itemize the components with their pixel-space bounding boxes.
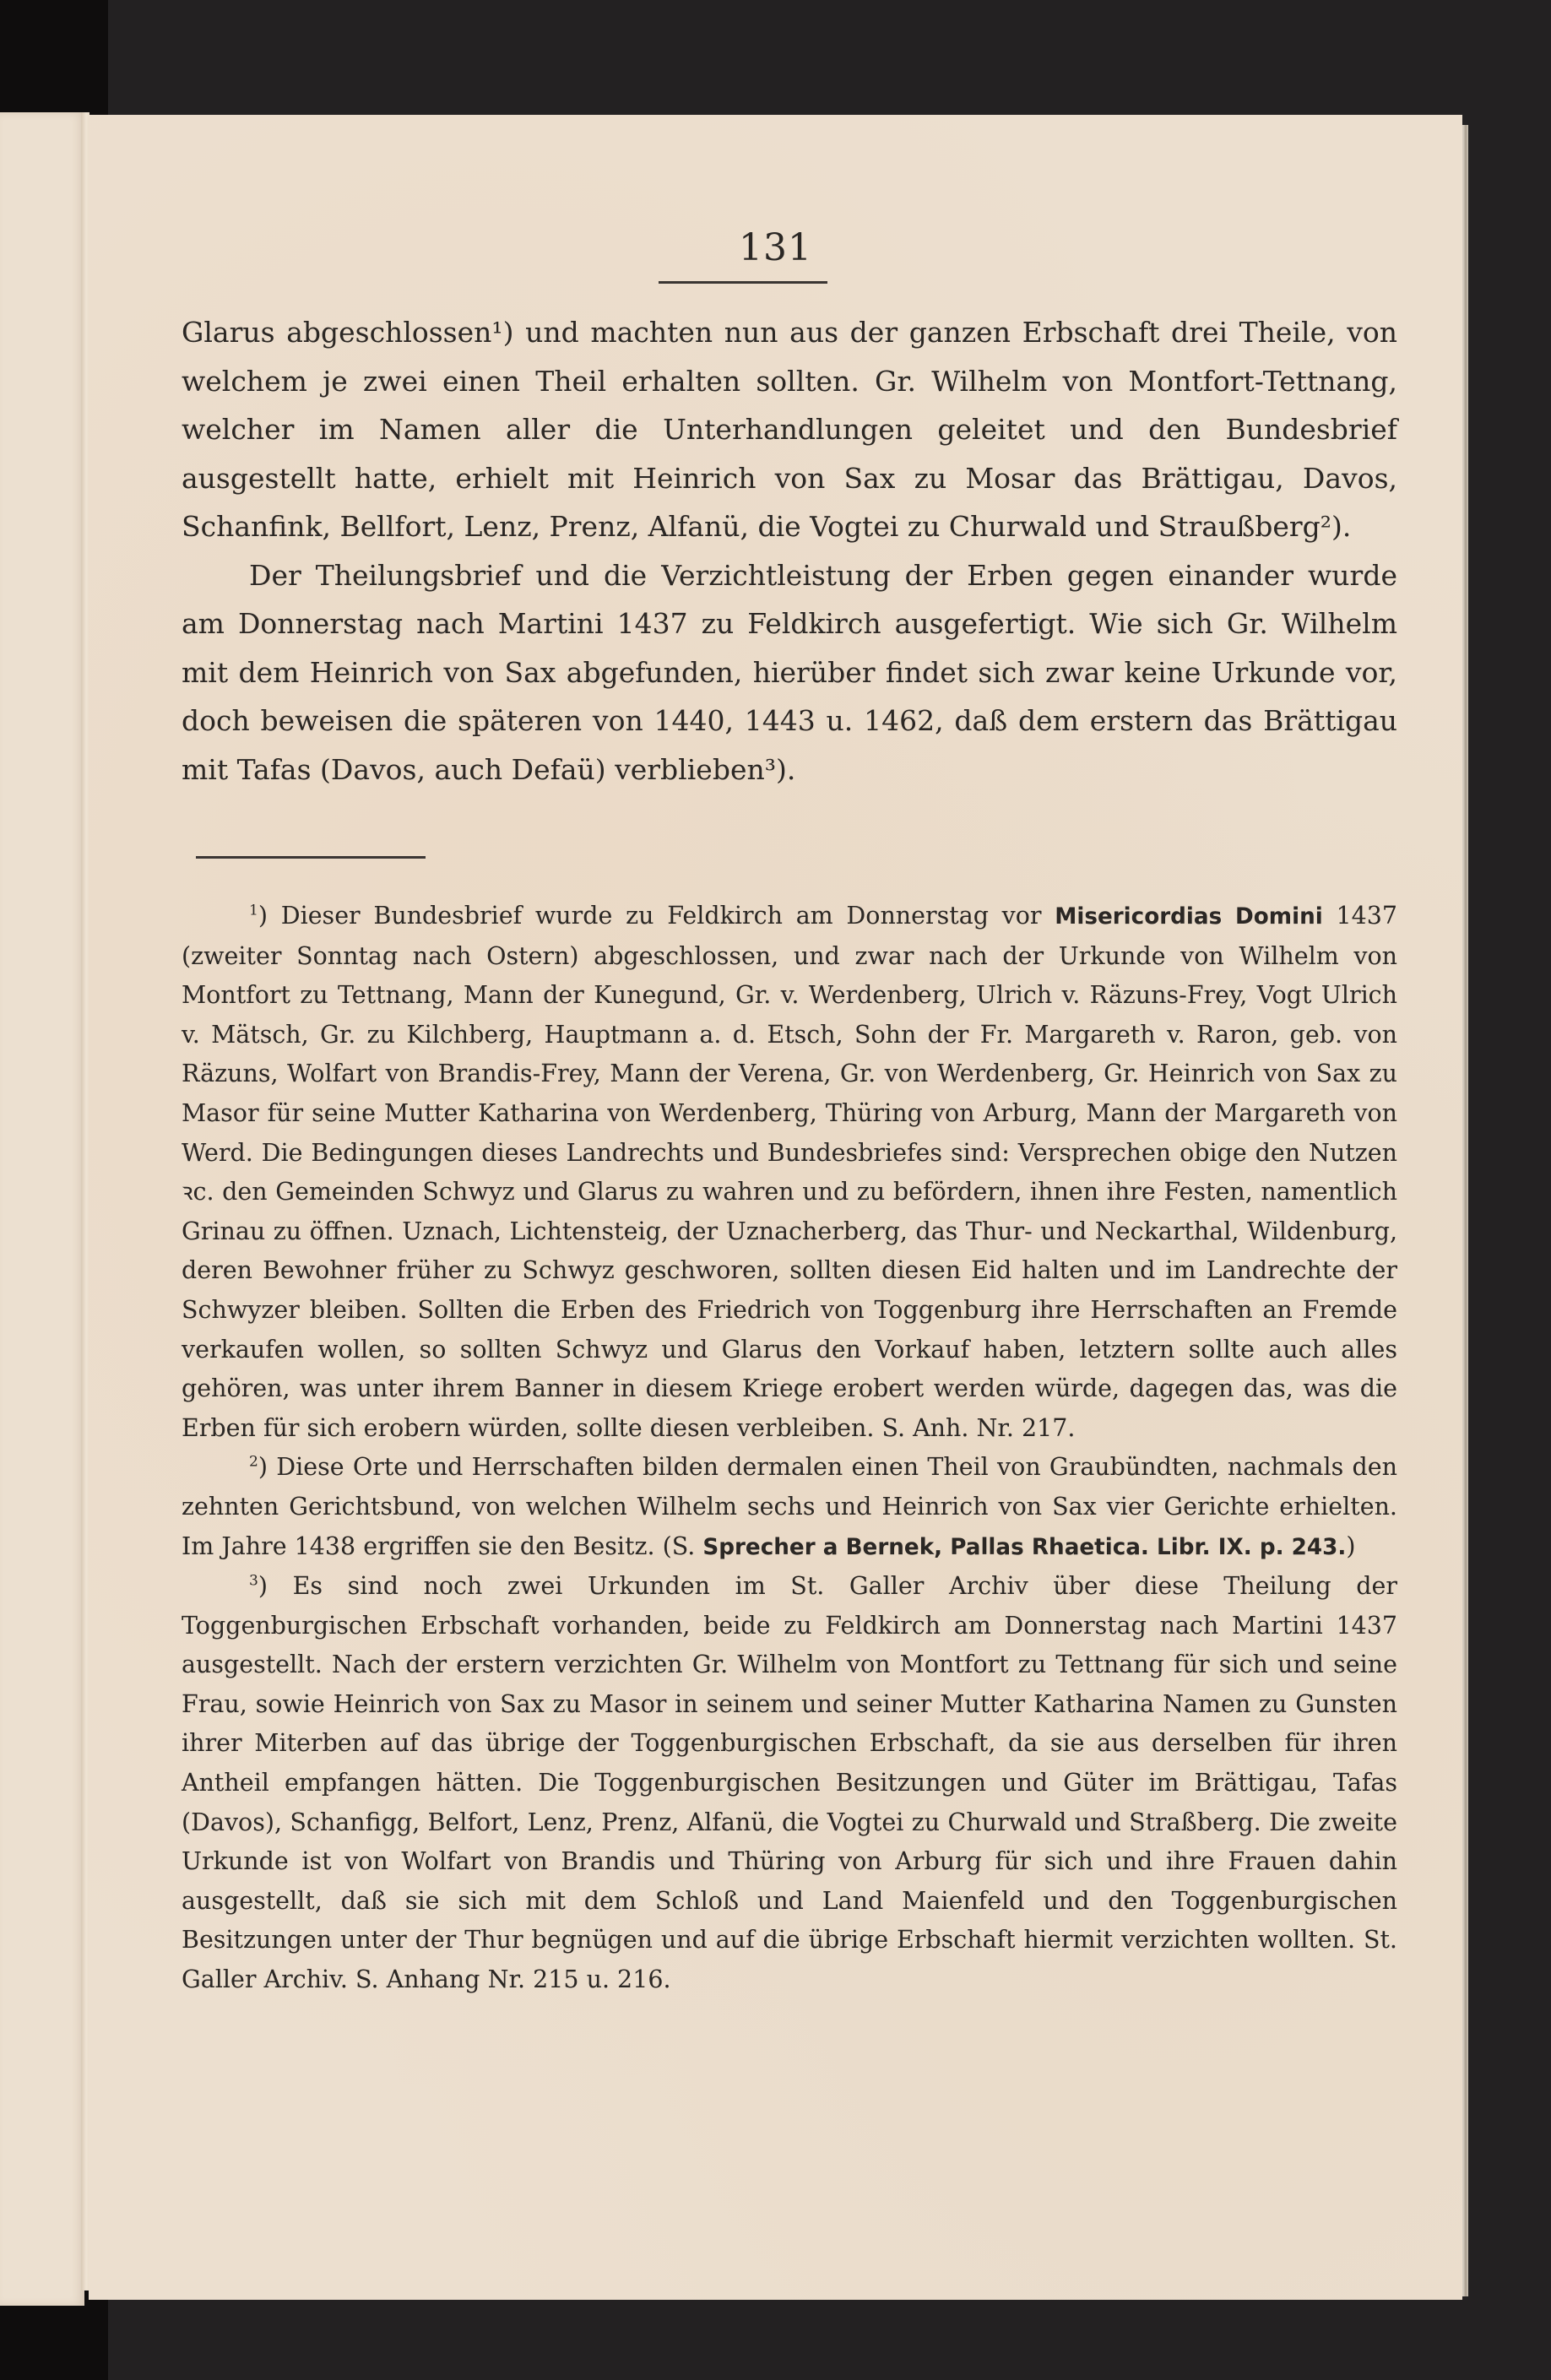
- main-text: Glarus abgeschlossen¹) und machten nun a…: [182, 308, 1397, 794]
- footnote-separator: [196, 856, 426, 859]
- footnote-3: 3) Es sind noch zwei Urkunden im St. Gal…: [182, 1567, 1397, 2001]
- footnote-marker: 2: [249, 1454, 258, 1471]
- footnote-text: 1437 (zweiter Sonntag nach Ostern) abges…: [182, 902, 1397, 1442]
- footnote-1: 1) Dieser Bundesbrief wurde zu Feldkirch…: [182, 897, 1397, 1448]
- header-rule: [659, 281, 827, 284]
- footnote-marker: 3: [249, 1573, 258, 1590]
- footnote-2: 2) Diese Orte und Herrschaften bilden de…: [182, 1448, 1397, 1567]
- footnote-text: ) Es sind noch zwei Urkunden im St. Gall…: [182, 1572, 1397, 1993]
- footnote-text: ) Dieser Bundesbrief wurde zu Feldkirch …: [258, 902, 1055, 930]
- footnote-text: ): [1346, 1532, 1355, 1560]
- main-paragraph-2: Der Theilungsbrief und die Verzichtleist…: [182, 551, 1397, 794]
- page-number: 131: [0, 226, 1551, 269]
- facing-page-edge: [0, 112, 84, 2306]
- footnote-latin-text: Misericordias Domini: [1055, 904, 1322, 930]
- footnotes: 1) Dieser Bundesbrief wurde zu Feldkirch…: [182, 897, 1397, 2001]
- main-paragraph-1: Glarus abgeschlossen¹) und machten nun a…: [182, 308, 1397, 551]
- footnote-latin-text: Sprecher a Bernek, Pallas Rhaetica. Libr…: [702, 1535, 1346, 1560]
- footnote-marker: 1: [249, 903, 258, 919]
